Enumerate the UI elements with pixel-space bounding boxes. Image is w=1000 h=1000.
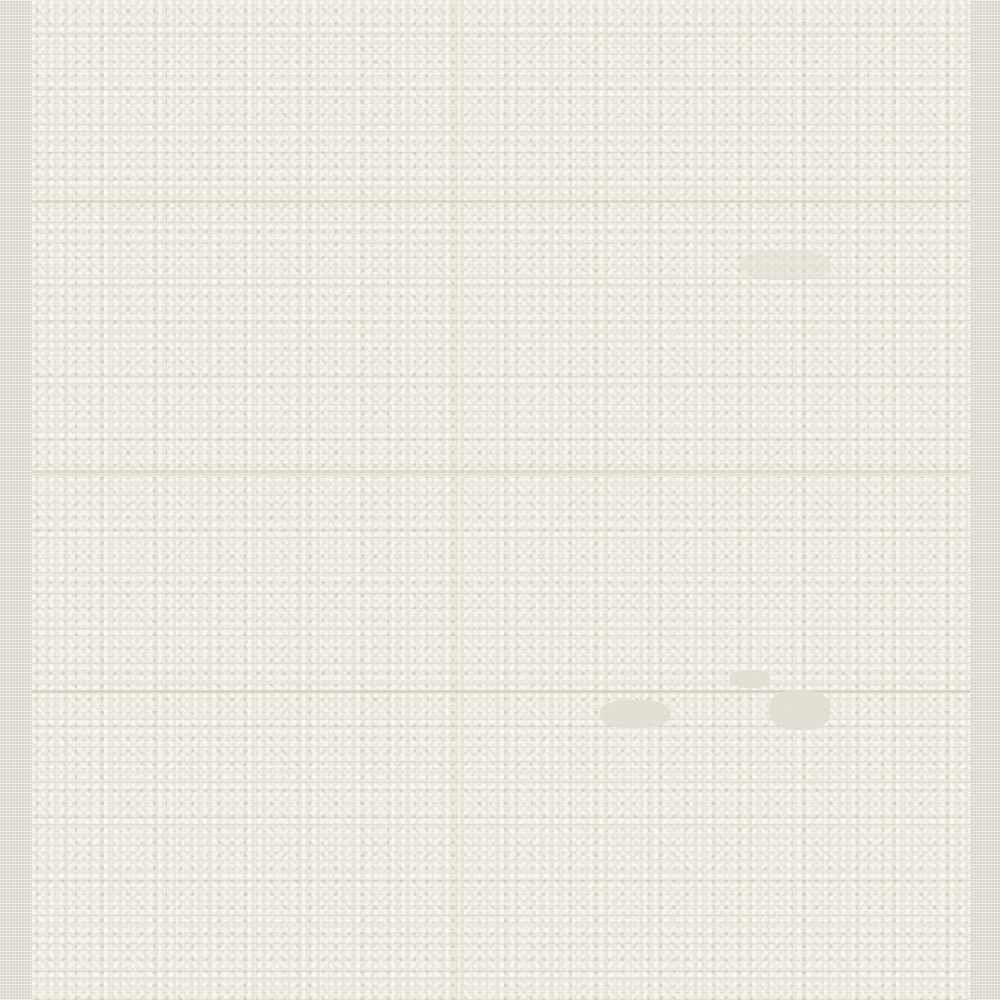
worn-patch [730,670,770,688]
pile-ridge [32,200,972,203]
worn-patch [740,250,830,280]
pile-ridge [32,690,972,693]
pile-ridge [32,470,972,473]
right-woven-border [970,0,1000,1000]
vertical-fold-seam [455,0,461,1000]
terry-pile [32,0,972,1000]
towel-texture-photo [0,0,1000,1000]
left-woven-border [0,0,34,1000]
worn-patch [600,700,670,728]
worn-patch [770,690,830,730]
